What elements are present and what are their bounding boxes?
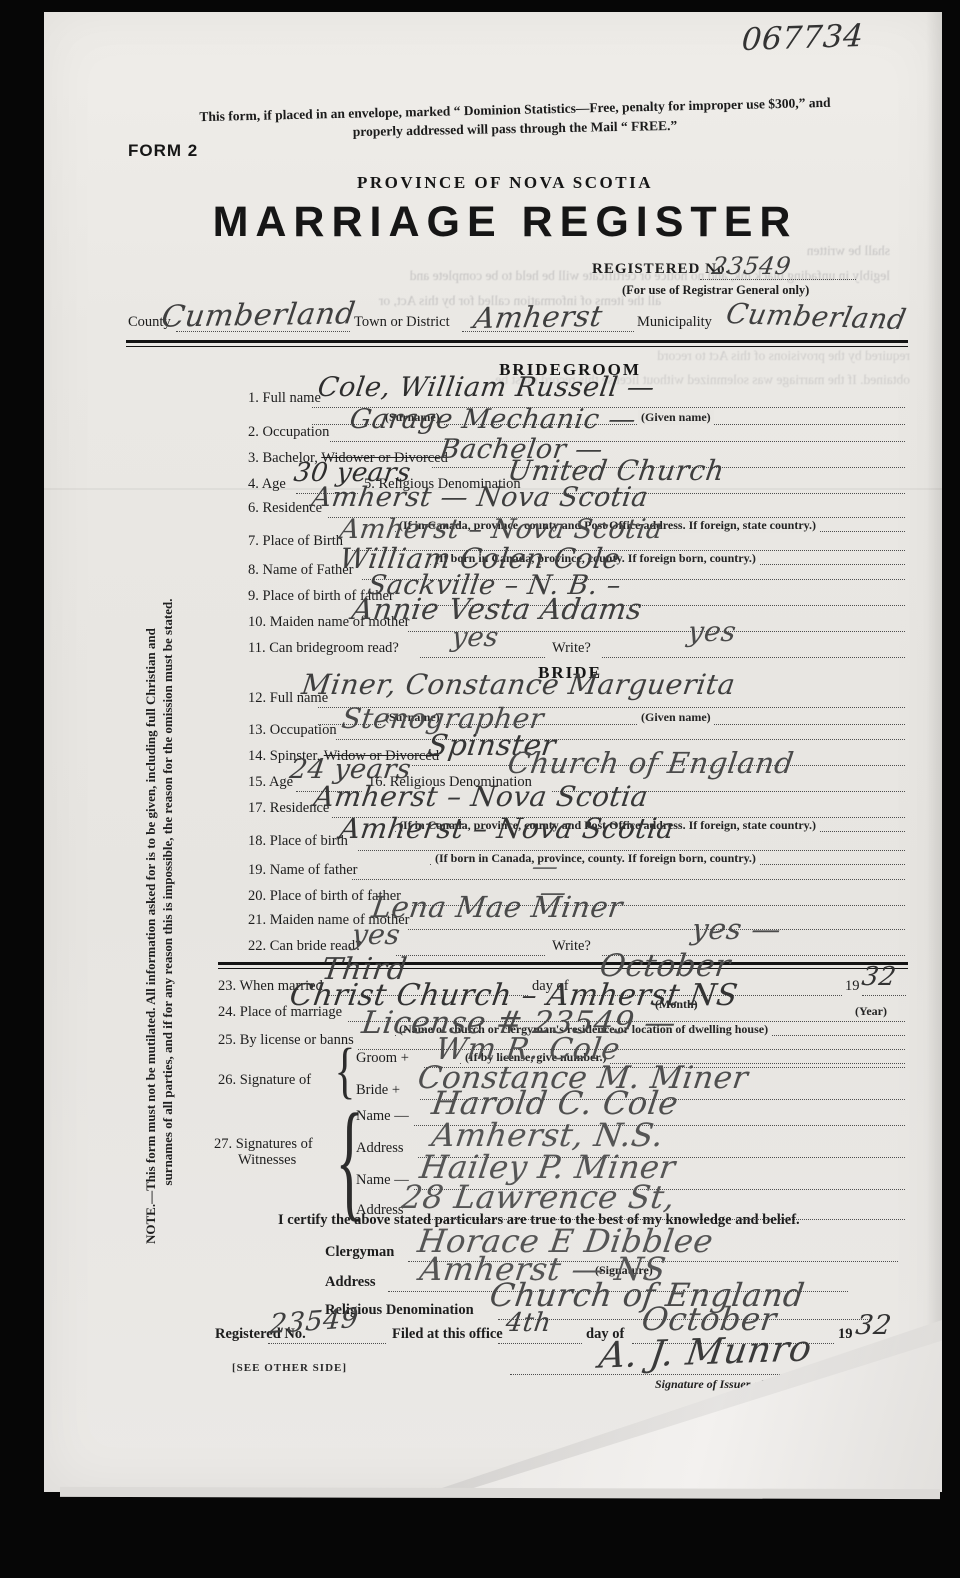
field-label-age: 4. Age bbox=[248, 476, 286, 493]
clergyman-label: Clergyman bbox=[325, 1244, 394, 1261]
field-label-age: 15. Age bbox=[248, 774, 293, 791]
dotted-line bbox=[396, 955, 545, 956]
scanned-document: shall be written legibly in unfading bla… bbox=[0, 0, 960, 1578]
groom-mother-value: Annie Vesta Adams bbox=[350, 592, 645, 626]
field-label-witnesses-1: 27. Signatures of bbox=[214, 1136, 313, 1153]
birthplace-sublabel: (If born in Canada, province, county. If… bbox=[432, 851, 759, 866]
handwritten-ref-number: 067734 bbox=[741, 18, 865, 58]
field-label-license-banns: 25. By license or banns bbox=[218, 1032, 354, 1049]
bride-fullname-value: Miner, Constance Marguerita bbox=[300, 668, 738, 701]
groom-birthplace-value: Amherst – Nova Scotia bbox=[338, 514, 665, 545]
field-label-signature-of: 26. Signature of bbox=[218, 1072, 311, 1089]
bride-birthplace-value: Amherst – Nova Scotia bbox=[338, 812, 677, 845]
town-label: Town or District bbox=[354, 314, 450, 331]
side-note-line2: surnames of all parties, and if for any … bbox=[159, 540, 176, 1244]
field-label-witnesses-2: Witnesses bbox=[238, 1152, 296, 1169]
province-title: PROVINCE OF NOVA SCOTIA bbox=[255, 173, 755, 193]
bride-read-value: yes bbox=[350, 918, 403, 951]
registrar-only-note: (For use of Registrar General only) bbox=[622, 283, 809, 298]
field-label-occupation: 2. Occupation bbox=[248, 424, 329, 441]
issuer-signature-value: A. J. Munro bbox=[597, 1328, 815, 1376]
field-label-can-read: 11. Can bridegroom read? bbox=[248, 640, 399, 657]
registered-no-value: 23549 bbox=[710, 252, 793, 280]
bottom-year-value: 32 bbox=[854, 1310, 894, 1341]
groom-residence-value: Amherst — Nova Scotia bbox=[310, 482, 650, 513]
side-note-line1: NOTE.—This form must not be mutilated. A… bbox=[142, 540, 159, 1244]
witness2-address-value: 28 Lawrence St, bbox=[399, 1178, 677, 1216]
year-prefix: 19 bbox=[845, 978, 860, 995]
municipality-label: Municipality bbox=[637, 314, 712, 331]
dotted-line bbox=[330, 441, 905, 442]
dotted-line bbox=[420, 657, 545, 658]
side-note: NOTE.—This form must not be mutilated. A… bbox=[142, 540, 176, 1244]
givenname-sublabel: (Given name) bbox=[638, 410, 714, 425]
bride-residence-value: Amherst – Nova Scotia bbox=[312, 780, 651, 813]
field-label-write: Write? bbox=[552, 938, 591, 955]
filed-value: 4th bbox=[504, 1308, 553, 1338]
field-label-write: Write? bbox=[552, 640, 591, 657]
groom-write-value: yes bbox=[686, 615, 739, 648]
dotted-line bbox=[862, 995, 906, 996]
witness2-name-label: Name — bbox=[356, 1172, 409, 1189]
dotted-line bbox=[408, 929, 905, 930]
paper-edge-shadow bbox=[926, 12, 942, 1492]
section-divider bbox=[126, 340, 908, 347]
groom-fullname-value: Cole, William Russell — bbox=[316, 372, 657, 403]
field-label-birthplace: 7. Place of Birth bbox=[248, 533, 343, 550]
field-label-occupation: 13. Occupation bbox=[248, 722, 337, 739]
page-title: MARRIAGE REGISTER bbox=[170, 198, 840, 247]
dotted-line bbox=[268, 1343, 386, 1344]
clergy-address-label: Address bbox=[325, 1274, 376, 1291]
see-other-side-note: [SEE OTHER SIDE] bbox=[232, 1362, 347, 1374]
givenname-sublabel: (Given name) bbox=[638, 710, 714, 725]
field-label-father: 19. Name of father bbox=[248, 862, 358, 879]
county-value: Cumberland bbox=[159, 296, 357, 334]
dotted-line bbox=[352, 879, 905, 880]
bride-mother-value: Lena Mae Miner bbox=[370, 890, 625, 924]
field-label-birthplace: 18. Place of birth bbox=[248, 833, 348, 850]
groom-read-value: yes bbox=[450, 622, 501, 653]
dotted-line bbox=[498, 1343, 582, 1344]
filed-label: Filed at this office bbox=[392, 1326, 503, 1343]
year-sublabel: (Year) bbox=[852, 1004, 890, 1019]
bride-religion-value: Church of England bbox=[506, 746, 796, 780]
bride-write-value: yes — bbox=[690, 912, 784, 946]
witness1-name-label: Name — bbox=[356, 1108, 409, 1125]
field-label-fullname: 1. Full name bbox=[248, 390, 321, 407]
municipality-value: Cumberland bbox=[723, 297, 909, 336]
groom-occupation-value: Garage Mechanic — bbox=[348, 404, 638, 435]
town-value: Amherst bbox=[471, 299, 605, 335]
dotted-line bbox=[602, 657, 905, 658]
groom-signature-label: Groom + bbox=[356, 1050, 409, 1067]
bottom-registered-value: 23549 bbox=[269, 1303, 360, 1340]
dotted-line bbox=[336, 739, 905, 740]
marriage-year-value: 32 bbox=[860, 962, 898, 992]
registered-no-label: REGISTERED No. bbox=[592, 261, 730, 278]
sheet-under-edge bbox=[60, 1487, 940, 1499]
bottom-year-prefix: 19 bbox=[838, 1326, 853, 1343]
form-number: FORM 2 bbox=[128, 141, 198, 161]
witness1-address-label: Address bbox=[356, 1140, 404, 1157]
